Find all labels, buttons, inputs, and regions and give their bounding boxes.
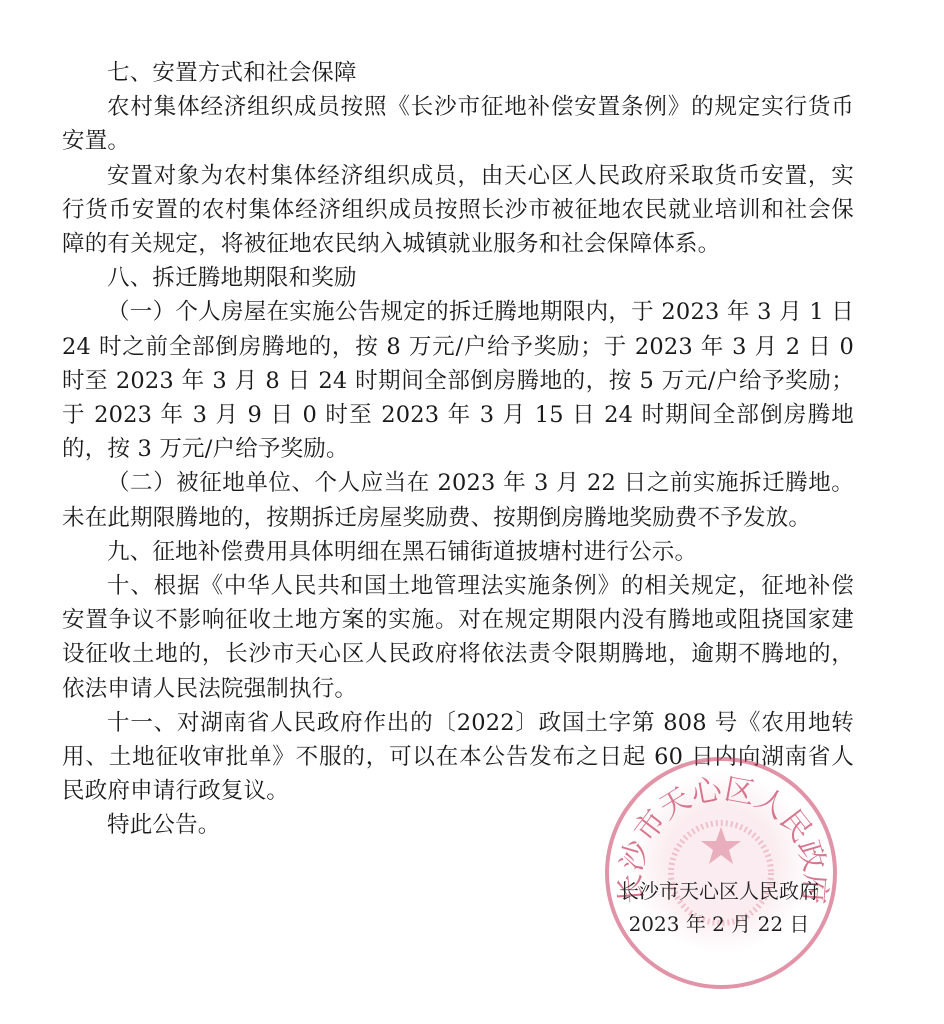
section-10: 十、根据《中华人民共和国土地管理法实施条例》的相关规定，征地补偿安置争议不影响征…	[62, 569, 854, 706]
section-8-heading: 八、拆迁腾地期限和奖励	[62, 261, 854, 295]
section-7-heading: 七、安置方式和社会保障	[62, 56, 854, 90]
paragraph: （二）被征地单位、个人应当在 2023 年 3 月 22 日之前实施拆迁腾地。未…	[62, 466, 854, 534]
signature-block: 长沙市天心区人民政府 2023 年 2 月 22 日	[612, 875, 826, 941]
paragraph: 安置对象为农村集体经济组织成员，由天心区人民政府采取货币安置，实行货币安置的农村…	[62, 159, 854, 262]
document-body: 七、安置方式和社会保障 农村集体经济组织成员按照《长沙市征地补偿安置条例》的规定…	[62, 56, 854, 843]
paragraph: （一）个人房屋在实施公告规定的拆迁腾地期限内，于 2023 年 3 月 1 日 …	[62, 295, 854, 466]
paragraph: 农村集体经济组织成员按照《长沙市征地补偿安置条例》的规定实行货币安置。	[62, 90, 854, 158]
seal-emblem-icon: 长沙市天心区人民政府	[605, 757, 837, 989]
issuer-name: 长沙市天心区人民政府	[612, 875, 826, 908]
issue-date: 2023 年 2 月 22 日	[612, 908, 826, 941]
official-seal: 长沙市天心区人民政府	[605, 757, 837, 989]
section-9: 九、征地补偿费用具体明细在黑石铺街道披塘村进行公示。	[62, 535, 854, 569]
